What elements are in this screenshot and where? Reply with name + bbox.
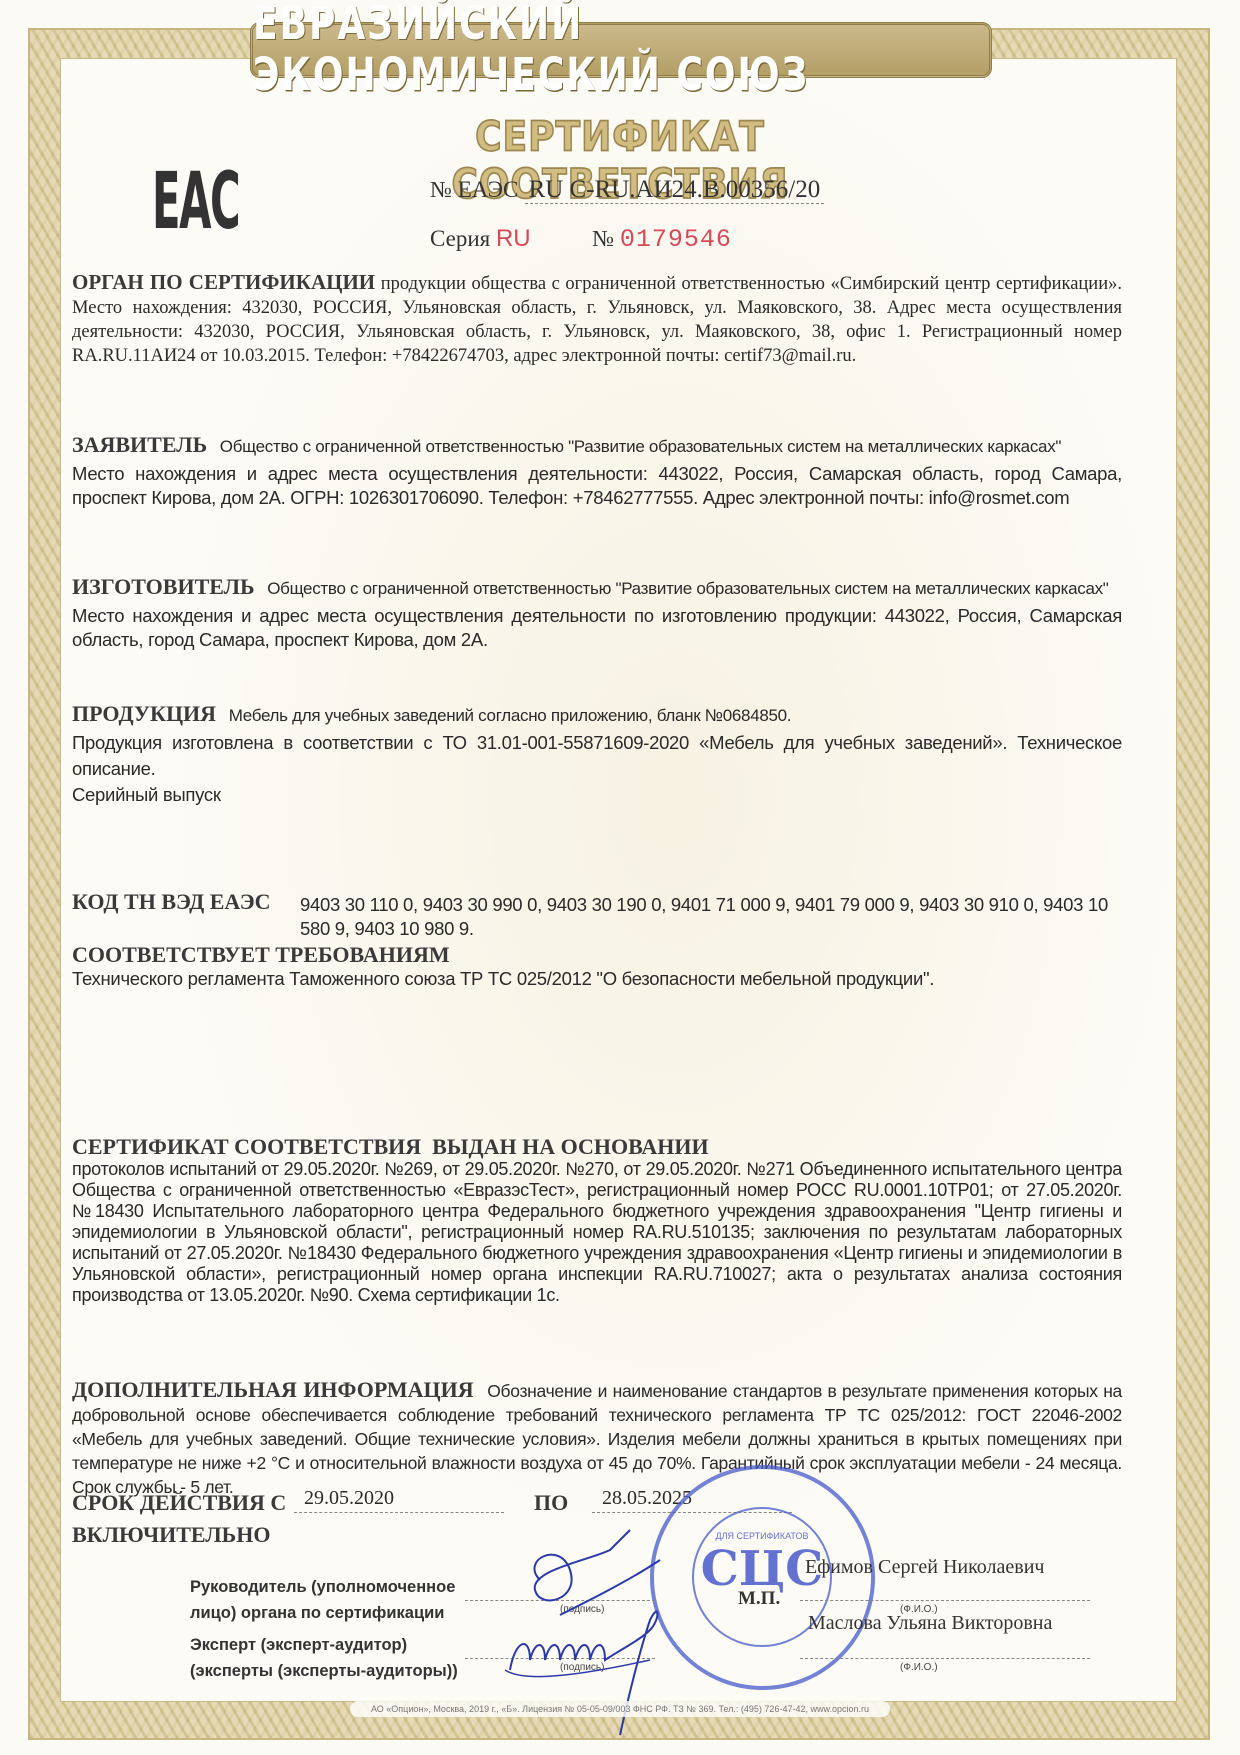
form-series: Серия RU № 0179546 [430, 225, 732, 254]
validity-to-label: ПО [534, 1490, 568, 1516]
manufacturer-heading: ИЗГОТОВИТЕЛЬ [72, 574, 255, 599]
head-signatory-name: Ефимов Сергей Николаевич [805, 1556, 1044, 1579]
eac-mark-icon: EAC [152, 155, 239, 263]
expert-fio-caption: (Ф.И.О.) [900, 1662, 938, 1673]
section-additional-info: ДОПОЛНИТЕЛЬНАЯ ИНФОРМАЦИЯ Обозначение и … [72, 1378, 1122, 1500]
tn-ved-codes: 9403 30 110 0, 9403 30 990 0, 9403 30 19… [300, 890, 1122, 941]
certification-body-heading: ОРГАН ПО СЕРТИФИКАЦИИ [72, 270, 375, 294]
head-signature-caption: (подпись) [560, 1604, 604, 1615]
basis-text: протоколов испытаний от 29.05.2020г. №26… [72, 1159, 1122, 1306]
section-certification-body: ОРГАН ПО СЕРТИФИКАЦИИ продукции общества… [72, 270, 1122, 368]
union-banner: ЕВРАЗИЙСКИЙ ЭКОНОМИЧЕСКИЙ СОЮЗ [250, 22, 992, 78]
product-name: Мебель для учебных заведений согласно пр… [229, 706, 792, 725]
section-applicant: ЗАЯВИТЕЛЬ Общество с ограниченной ответс… [72, 430, 1122, 510]
expert-signatory-name: Маслова Ульяна Викторовна [808, 1612, 1052, 1635]
validity-period: СРОК ДЕЙСТВИЯ С 29.05.2020 ПО 28.05.2025… [72, 1490, 1122, 1530]
section-basis: СЕРТИФИКАТ СООТВЕТСТВИЯ ВЫДАН НА ОСНОВАН… [72, 1135, 1122, 1306]
form-number-label: № [592, 226, 614, 251]
expert-name-line [800, 1658, 1090, 1659]
validity-inclusive-label: ВКЛЮЧИТЕЛЬНО [72, 1522, 270, 1548]
product-standard: Продукция изготовлена в соответствии с Т… [72, 730, 1122, 782]
seal-place-label: М.П. [738, 1588, 780, 1610]
seal-inner-text: ДЛЯ СЕРТИФИКАТОВ [694, 1531, 830, 1541]
product-production-type: Серийный выпуск [72, 782, 1122, 808]
expert-signature-line [465, 1658, 655, 1659]
series-label: Серия [430, 226, 490, 251]
section-requirements: СООТВЕТСТВУЕТ ТРЕБОВАНИЯМ Технического р… [72, 943, 1122, 991]
validity-from-date: 29.05.2020 [294, 1484, 504, 1513]
head-signatory-label: Руководитель (уполномоченное лицо) орган… [190, 1574, 455, 1626]
applicant-address: Место нахождения и адрес места осуществл… [72, 462, 1122, 510]
tn-ved-heading: КОД ТН ВЭД ЕАЭС [72, 889, 271, 914]
series-value: RU [496, 225, 531, 252]
product-heading: ПРОДУКЦИЯ [72, 701, 216, 726]
section-product: ПРОДУКЦИЯ Мебель для учебных заведений с… [72, 700, 1122, 808]
manufacturer-address: Место нахождения и адрес места осуществл… [72, 604, 1122, 652]
expert-signatory-label: Эксперт (эксперт-аудитор) (эксперты (экс… [190, 1632, 458, 1684]
applicant-heading: ЗАЯВИТЕЛЬ [72, 432, 207, 457]
printer-imprint: АО «Опцион», Москва, 2019 г., «Б». Лицен… [350, 1701, 890, 1717]
expert-signature-caption: (подпись) [560, 1662, 604, 1673]
section-tn-ved: КОД ТН ВЭД ЕАЭС 9403 30 110 0, 9403 30 9… [72, 890, 1122, 941]
requirements-heading: СООТВЕТСТВУЕТ ТРЕБОВАНИЯМ [72, 943, 1114, 967]
basis-heading: СЕРТИФИКАТ СООТВЕТСТВИЯ ВЫДАН НА ОСНОВАН… [72, 1135, 1114, 1159]
number-value: RU C-RU.АИ24.В.00356/20 [525, 176, 825, 204]
additional-info-heading: ДОПОЛНИТЕЛЬНАЯ ИНФОРМАЦИЯ [72, 1377, 474, 1402]
section-manufacturer: ИЗГОТОВИТЕЛЬ Общество с ограниченной отв… [72, 572, 1122, 652]
head-signature-line [465, 1600, 655, 1601]
validity-from-label: СРОК ДЕЙСТВИЯ С [72, 1490, 286, 1515]
form-number-value: 0179546 [620, 225, 732, 254]
number-label: № ЕАЭС [430, 177, 518, 202]
applicant-name: Общество с ограниченной ответственностью… [220, 437, 1061, 456]
certificate-number: № ЕАЭС RU C-RU.АИ24.В.00356/20 [430, 176, 824, 204]
union-title: ЕВРАЗИЙСКИЙ ЭКОНОМИЧЕСКИЙ СОЮЗ [253, 0, 989, 101]
head-name-line [800, 1600, 1090, 1601]
requirements-text: Технического регламента Таможенного союз… [72, 967, 1122, 991]
manufacturer-name: Общество с ограниченной ответственностью… [267, 579, 1108, 598]
